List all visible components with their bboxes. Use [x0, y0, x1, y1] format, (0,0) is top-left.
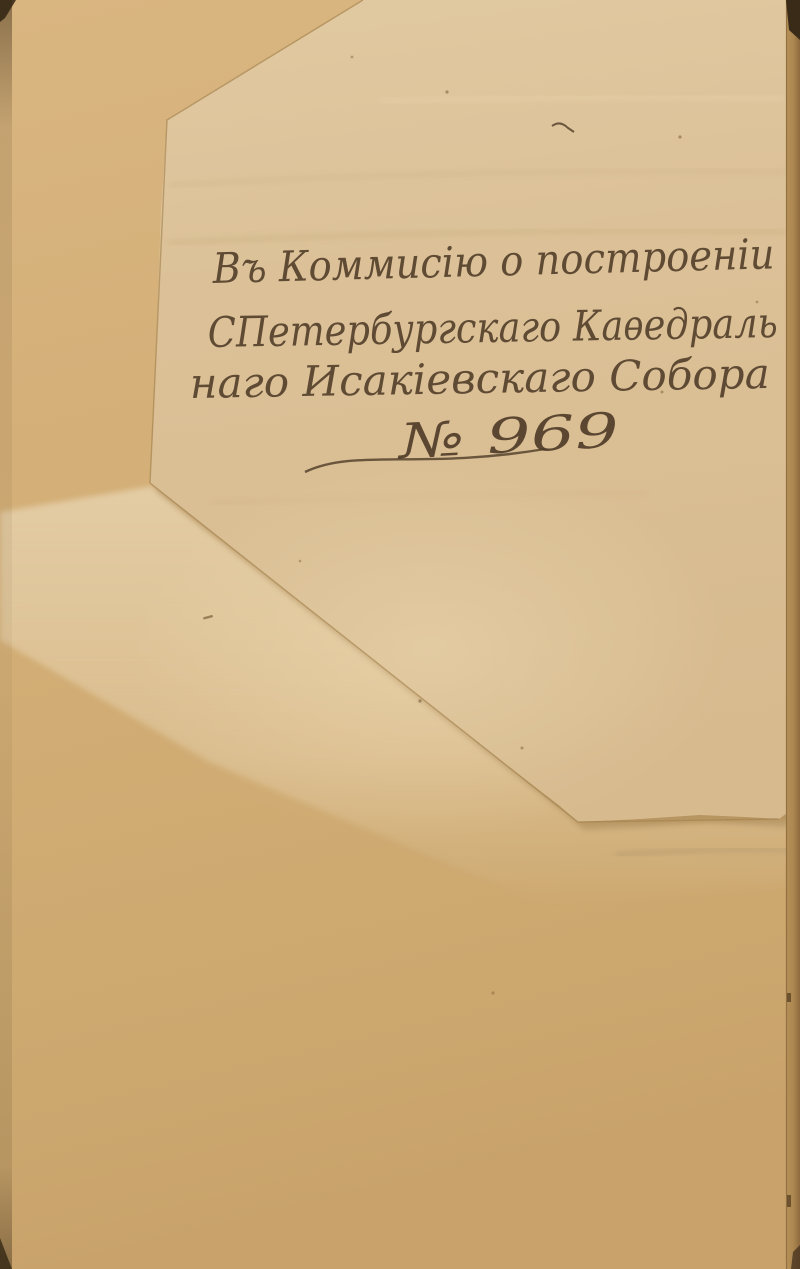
- handwritten-line-2: СПетербургскаго Каѳедраль: [207, 298, 778, 357]
- fragment-highlight: [130, 460, 730, 840]
- page-gutter-shadow: [0, 0, 12, 1269]
- archival-scan: Въ Коммисію о построеніи СПетербургскаго…: [0, 0, 800, 1269]
- fore-edge-tick-1: [787, 993, 791, 1002]
- handwritten-line-3: наго Исакіевскаго Собора: [189, 349, 770, 408]
- book-fore-edge: [786, 0, 800, 1269]
- fore-edge-tick-2: [787, 1195, 791, 1207]
